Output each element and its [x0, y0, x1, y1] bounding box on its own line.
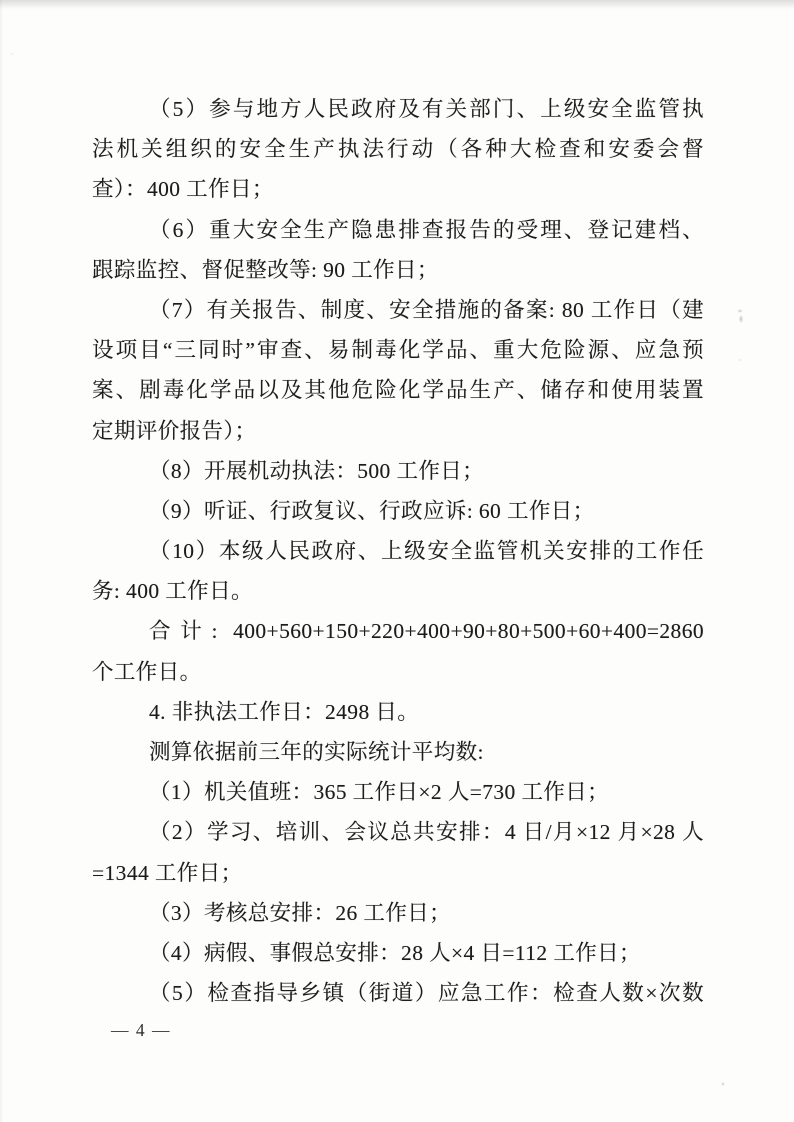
text-line: 查）：400 工作日；: [92, 169, 704, 209]
text-line: （1）机关值班：365 工作日×2 人=730 工作日；: [92, 772, 704, 812]
text-line: 定期评价报告）；: [92, 411, 704, 451]
text-line: 个工作日。: [92, 652, 704, 692]
page-number: — 4 —: [111, 1019, 171, 1041]
page-number-text: — 4 —: [111, 1020, 171, 1040]
text-line: （2）学习、培训、会议总共安排：4 日/月×12 月×28 人: [92, 812, 704, 852]
text-line: 测算依据前三年的实际统计平均数:: [92, 732, 704, 772]
text-line: （5）检查指导乡镇（街道）应急工作：检查人数×次数: [92, 973, 704, 1013]
text-line: 设项目“三同时”审查、易制毒化学品、重大危险源、应急预: [92, 330, 704, 370]
scan-speck: [721, 1082, 726, 1087]
text-line: 案、剧毒化学品以及其他危险化学品生产、储存和使用装置: [92, 370, 704, 410]
text-line: 务: 400 工作日。: [92, 571, 704, 611]
text-line: 合计: 400+560+150+220+400+90+80+500+60+400…: [92, 611, 704, 651]
document-body: （5）参与地方人民政府及有关部门、上级安全监管执法机关组织的安全生产执法行动（各…: [92, 89, 704, 1013]
text-line: 法机关组织的安全生产执法行动（各种大检查和安委会督: [92, 129, 704, 169]
text-line: =1344 工作日；: [92, 853, 704, 893]
text-line: （9）听证、行政复议、行政应诉: 60 工作日；: [92, 491, 704, 531]
text-line: 4. 非执法工作日：2498 日。: [92, 692, 704, 732]
text-line: （4）病假、事假总安排：28 人×4 日=112 工作日；: [92, 933, 704, 973]
scan-speck: [8, 52, 16, 56]
text-line: （7）有关报告、制度、安全措施的备案: 80 工作日（建: [92, 290, 704, 330]
document-page: （5）参与地方人民政府及有关部门、上级安全监管执法机关组织的安全生产执法行动（各…: [0, 0, 794, 1122]
scan-edge-shadow: [0, 0, 794, 9]
text-line: （8）开展机动执法：500 工作日；: [92, 451, 704, 491]
text-line: （5）参与地方人民政府及有关部门、上级安全监管执: [92, 89, 704, 129]
text-line: （3）考核总安排：26 工作日；: [92, 893, 704, 933]
scan-speck: [737, 359, 744, 362]
text-line: （10）本级人民政府、上级安全监管机关安排的工作任: [92, 531, 704, 571]
text-line: 跟踪监控、督促整改等: 90 工作日；: [92, 250, 704, 290]
scan-smudge: [735, 308, 746, 326]
scan-edge-shadow-left: [0, 0, 3, 1122]
text-line: （6）重大安全生产隐患排查报告的受理、登记建档、: [92, 210, 704, 250]
